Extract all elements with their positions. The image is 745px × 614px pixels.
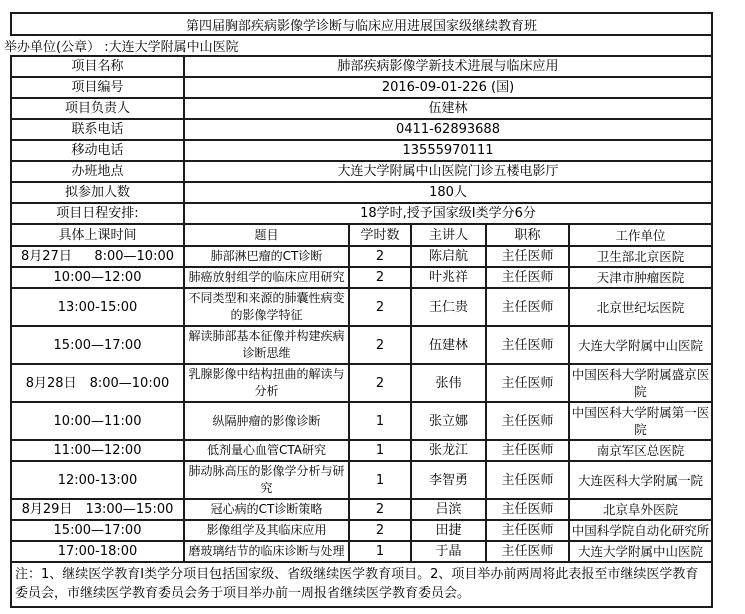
col-time: 8月29日 13:00—15:00 — [12, 500, 185, 519]
col-org: 大连医科大学附属一院 — [570, 462, 711, 498]
col-hours: 2 — [350, 365, 412, 401]
time-text: 17:00-18:00 — [58, 543, 138, 560]
col-hours: 1 — [350, 441, 412, 460]
col-topic: 肺癌放射组学的临床应用研究 — [185, 268, 350, 287]
col-hours: 2 — [350, 521, 412, 540]
col-rank: 主任医师 — [487, 521, 570, 540]
col-topic: 肺动脉高压的影像学分析与研究 — [185, 462, 350, 498]
col-speaker: 陈启航 — [412, 247, 487, 266]
info-value: 13555970111 — [185, 141, 711, 160]
col-org: 南京军区总医院 — [570, 441, 711, 460]
info-label: 拟参加人数 — [12, 183, 185, 202]
schedule-row: 8月29日 13:00—15:00 冠心病的CT诊断策略 2 吕滨 主任医师 北… — [12, 500, 711, 521]
col-org: 中国医科大学附属第一医院 — [570, 403, 711, 439]
col-hours: 2 — [350, 500, 412, 519]
col-topic: 肺部淋巴瘤的CT诊断 — [185, 247, 350, 266]
col-time: 13:00-15:00 — [12, 289, 185, 325]
col-org: 北京阜外医院 — [570, 500, 711, 519]
info-value: 2016-09-01-226 (国) — [185, 78, 711, 97]
page-title: 第四届胸部疾病影像学诊断与临床应用进展国家级继续教育班 — [12, 14, 711, 36]
time-text: 15:00—17:00 — [54, 337, 142, 354]
col-speaker: 吕滨 — [412, 500, 487, 519]
col-time: 8月28日 8:00—10:00 — [12, 365, 185, 401]
col-topic: 冠心病的CT诊断策略 — [185, 500, 350, 519]
col-topic: 纵隔肿瘤的影像诊断 — [185, 403, 350, 439]
schedule-row: 11:00—12:00 低剂量心血管CTA研究 1 张龙江 主任医师 南京军区总… — [12, 441, 711, 462]
col-topic: 乳腺影像中结构扭曲的解读与分析 — [185, 365, 350, 401]
info-label: 办班地点 — [12, 162, 185, 181]
col-speaker: 田捷 — [412, 521, 487, 540]
time-text: 11:00—12:00 — [54, 442, 142, 459]
col-time: 11:00—12:00 — [12, 441, 185, 460]
header-rank: 职称 — [487, 225, 570, 245]
header-topic: 题目 — [185, 225, 350, 245]
info-label: 项目负责人 — [12, 99, 185, 118]
header-time: 具体上课时间 — [12, 225, 185, 245]
col-time: 17:00-18:00 — [12, 542, 185, 561]
info-label: 项目名称 — [12, 57, 185, 76]
schedule-row: 13:00-15:00 不同类型和来源的肺囊性病变的影像学特征 2 王仁贵 主任… — [12, 289, 711, 327]
col-speaker: 张伟 — [412, 365, 487, 401]
col-rank: 主任医师 — [487, 403, 570, 439]
program-table: 第四届胸部疾病影像学诊断与临床应用进展国家级继续教育班 举办单位(公章） :大连… — [10, 12, 713, 608]
col-rank: 主任医师 — [487, 289, 570, 325]
col-org: 大连大学附属中山医院 — [570, 542, 711, 561]
schedule-row: 10:00—12:00 肺癌放射组学的临床应用研究 2 叶兆祥 主任医师 天津市… — [12, 268, 711, 289]
col-hours: 1 — [350, 403, 412, 439]
col-time: 8月27日 8:00—10:00 — [12, 247, 185, 266]
header-org: 工作单位 — [570, 225, 711, 245]
schedule-header-row: 具体上课时间 题目 学时数 主讲人 职称 工作单位 — [12, 225, 711, 247]
info-value: 伍建林 — [185, 99, 711, 118]
col-speaker: 于晶 — [412, 542, 487, 561]
col-org: 中国医科大学附属盛京医院 — [570, 365, 711, 401]
col-time: 10:00—11:00 — [12, 403, 185, 439]
schedule-row: 12:00-13:00 肺动脉高压的影像学分析与研究 1 李智勇 主任医师 大连… — [12, 462, 711, 500]
col-rank: 主任医师 — [487, 542, 570, 561]
col-speaker: 伍建林 — [412, 327, 487, 363]
info-label: 联系电话 — [12, 120, 185, 139]
schedule-row: 10:00—11:00 纵隔肿瘤的影像诊断 1 张立娜 主任医师 中国医科大学附… — [12, 403, 711, 441]
time-text: 12:00-13:00 — [58, 472, 138, 489]
col-hours: 2 — [350, 268, 412, 287]
col-org: 天津市肿瘤医院 — [570, 268, 711, 287]
organizer-row: 举办单位(公章） :大连大学附属中山医院 — [12, 36, 711, 57]
info-row-contact-phone: 联系电话 0411-62893688 — [12, 120, 711, 141]
info-label: 项目日程安排: — [12, 204, 185, 223]
time-text: 13:00-15:00 — [58, 299, 138, 316]
col-hours: 2 — [350, 327, 412, 363]
schedule-row: 8月28日 8:00—10:00 乳腺影像中结构扭曲的解读与分析 2 张伟 主任… — [12, 365, 711, 403]
col-org: 大连大学附属中山医院 — [570, 327, 711, 363]
info-row-attendees: 拟参加人数 180人 — [12, 183, 711, 204]
info-row-project-name: 项目名称 肺部疾病影像学新技术进展与临床应用 — [12, 57, 711, 78]
info-value: 18学时,授予国家级I类学分6分 — [185, 204, 711, 223]
info-value: 180人 — [185, 183, 711, 202]
organizer-line: 举办单位(公章） :大连大学附属中山医院 — [3, 36, 239, 55]
schedule-row: 8月27日 8:00—10:00 肺部淋巴瘤的CT诊断 2 陈启航 主任医师 卫… — [12, 247, 711, 268]
time-text: 10:00—12:00 — [54, 269, 142, 286]
col-rank: 主任医师 — [487, 247, 570, 266]
time-text: 10:00—11:00 — [54, 413, 142, 430]
info-row-project-number: 项目编号 2016-09-01-226 (国) — [12, 78, 711, 99]
col-rank: 主任医师 — [487, 462, 570, 498]
info-value: 0411-62893688 — [185, 120, 711, 139]
col-time: 12:00-13:00 — [12, 462, 185, 498]
info-label: 项目编号 — [12, 78, 185, 97]
col-speaker: 李智勇 — [412, 462, 487, 498]
time-text: 8:00—10:00 — [94, 248, 174, 265]
col-topic: 解读肺部基本征像并构建疾病诊断思维 — [185, 327, 350, 363]
info-label: 移动电话 — [12, 141, 185, 160]
schedule-row: 17:00-18:00 磨玻璃结节的临床诊断与处理 1 于晶 主任医师 大连大学… — [12, 542, 711, 563]
col-org: 卫生部北京医院 — [570, 247, 711, 266]
col-rank: 主任医师 — [487, 327, 570, 363]
col-time: 15:00—17:00 — [12, 521, 185, 540]
footnote: 注：1、继续医学教育Ⅰ类学分项目包括国家级、省级继续医学教育项目。2、项目举办前… — [12, 563, 711, 606]
col-speaker: 王仁贵 — [412, 289, 487, 325]
col-topic: 低剂量心血管CTA研究 — [185, 441, 350, 460]
info-row-mobile-phone: 移动电话 13555970111 — [12, 141, 711, 162]
col-speaker: 叶兆祥 — [412, 268, 487, 287]
col-hours: 2 — [350, 247, 412, 266]
time-text: 15:00—17:00 — [54, 522, 142, 539]
info-value: 肺部疾病影像学新技术进展与临床应用 — [185, 57, 711, 76]
col-org: 中国科学院自动化研究所 — [570, 521, 711, 540]
col-org: 北京世纪坛医院 — [570, 289, 711, 325]
col-rank: 主任医师 — [487, 365, 570, 401]
schedule-row: 15:00—17:00 影像组学及其临床应用 2 田捷 主任医师 中国科学院自动… — [12, 521, 711, 542]
header-speaker: 主讲人 — [412, 225, 487, 245]
header-hours: 学时数 — [350, 225, 412, 245]
date-text: 8月28日 — [26, 375, 77, 392]
time-text: 13:00—15:00 — [85, 501, 173, 518]
schedule-row: 15:00—17:00 解读肺部基本征像并构建疾病诊断思维 2 伍建林 主任医师… — [12, 327, 711, 365]
date-text: 8月29日 — [22, 501, 73, 518]
col-topic: 不同类型和来源的肺囊性病变的影像学特征 — [185, 289, 350, 325]
col-hours: 1 — [350, 462, 412, 498]
col-topic: 影像组学及其临床应用 — [185, 521, 350, 540]
time-text: 8:00—10:00 — [90, 375, 170, 392]
col-time: 10:00—12:00 — [12, 268, 185, 287]
col-time: 15:00—17:00 — [12, 327, 185, 363]
date-text: 8月27日 — [21, 248, 72, 265]
col-hours: 1 — [350, 542, 412, 561]
info-row-venue: 办班地点 大连大学附属中山医院门诊五楼电影厅 — [12, 162, 711, 183]
col-rank: 主任医师 — [487, 500, 570, 519]
info-value: 大连大学附属中山医院门诊五楼电影厅 — [185, 162, 711, 181]
col-rank: 主任医师 — [487, 441, 570, 460]
document-page: 第四届胸部疾病影像学诊断与临床应用进展国家级继续教育班 举办单位(公章） :大连… — [0, 0, 745, 614]
col-speaker: 张龙江 — [412, 441, 487, 460]
info-row-project-leader: 项目负责人 伍建林 — [12, 99, 711, 120]
col-rank: 主任医师 — [487, 268, 570, 287]
info-row-agenda: 项目日程安排: 18学时,授予国家级I类学分6分 — [12, 204, 711, 225]
col-hours: 2 — [350, 289, 412, 325]
col-topic: 磨玻璃结节的临床诊断与处理 — [185, 542, 350, 561]
col-speaker: 张立娜 — [412, 403, 487, 439]
